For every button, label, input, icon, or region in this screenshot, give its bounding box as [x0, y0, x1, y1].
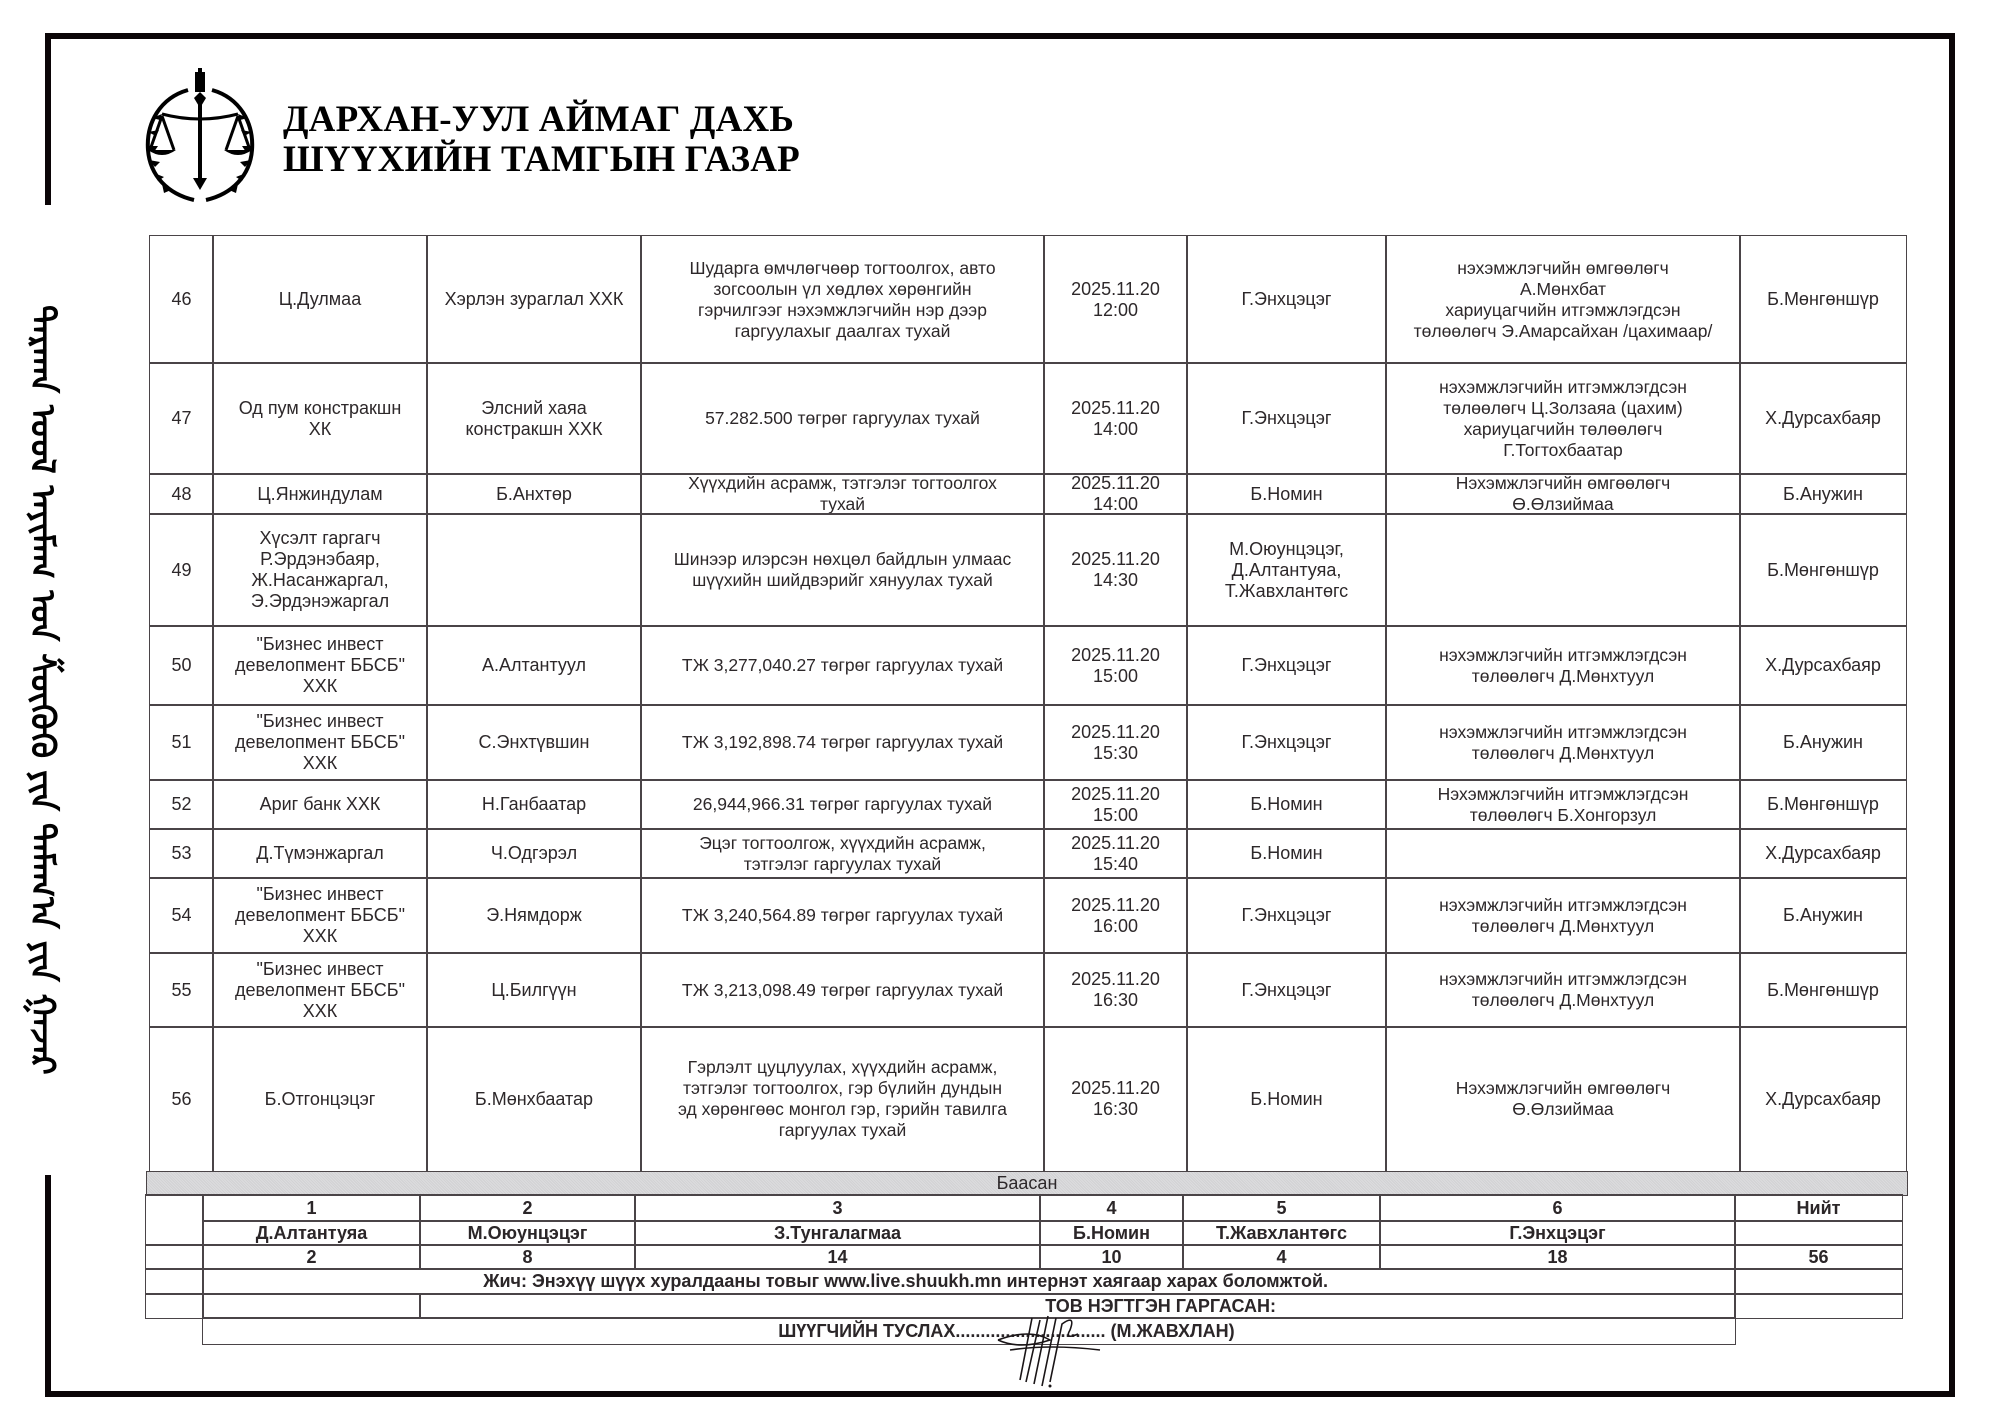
subject-cell: Хүүхдийн асрамж, тэтгэлэг тогтоолгох тух… — [640, 473, 1045, 515]
plaintiff-cell: Од пум констракшн ХК — [212, 362, 428, 475]
case-number-cell: 51 — [149, 704, 214, 781]
case-number-cell: 49 — [149, 513, 214, 627]
datetime-cell: 2025.11.20 16:30 — [1043, 1026, 1188, 1172]
secretary-cell: Х.Дурсахбаяр — [1739, 828, 1907, 879]
defendant-cell: Э.Нямдорж — [426, 877, 642, 954]
defendant-cell: Н.Ганбаатар — [426, 779, 642, 830]
defendant-cell: Ч.Одгэрэл — [426, 828, 642, 879]
title-line-2: ШҮҮХИЙН ТАМГЫН ГАЗАР — [283, 140, 800, 180]
subject-cell: ТЖ 3,240,564.89 төгрөг гаргуулах тухай — [640, 877, 1045, 954]
judge-index-cell: 4 — [1039, 1194, 1184, 1222]
judge-count-cell: 18 — [1379, 1244, 1736, 1270]
judge-count-cell: 14 — [634, 1244, 1041, 1270]
participants-cell: Нэхэмжлэгчийн өмгөөлөгч Ө.Өлзиймаа — [1385, 473, 1741, 515]
judge-index-cell: 2 — [419, 1194, 636, 1222]
case-number-cell: 47 — [149, 362, 214, 475]
judge-cell: Б.Номин — [1186, 779, 1387, 830]
judge-cell: Г.Энхцэцэг — [1186, 704, 1387, 781]
subject-cell: ТЖ 3,213,098.49 төгрөг гаргуулах тухай — [640, 952, 1045, 1028]
datetime-cell: 2025.11.20 14:30 — [1043, 513, 1188, 627]
plaintiff-cell: Ц.Янжиндулам — [212, 473, 428, 515]
secretary-cell: Б.Мөнгөншүр — [1739, 235, 1907, 364]
judge-cell: Г.Энхцэцэг — [1186, 362, 1387, 475]
secretary-cell: Б.Мөнгөншүр — [1739, 779, 1907, 830]
secretary-cell: Б.Анужин — [1739, 704, 1907, 781]
note-right-cell — [1734, 1268, 1903, 1295]
defendant-cell: Б.Мөнхбаатар — [426, 1026, 642, 1172]
page-title: ДАРХАН-УУЛ АЙМАГ ДАХЬ ШҮҮХИЙН ТАМГЫН ГАЗ… — [283, 100, 800, 180]
plaintiff-cell: Ариг банк ХХК — [212, 779, 428, 830]
defendant-cell: Ц.Билгүүн — [426, 952, 642, 1028]
judge-count-cell: 10 — [1039, 1244, 1184, 1270]
subject-cell: Эцэг тогтоолгож, хүүхдийн асрамж, тэтгэл… — [640, 828, 1045, 879]
subject-cell: 26,944,966.31 төгрөг гаргуулах тухай — [640, 779, 1045, 830]
judge-cell: Г.Энхцэцэг — [1186, 952, 1387, 1028]
subject-cell: Гэрлэлт цуцлуулах, хүүхдийн асрамж, тэтг… — [640, 1026, 1045, 1172]
defendant-cell: Элсний хаяа констракшн ХХК — [426, 362, 642, 475]
datetime-cell: 2025.11.20 14:00 — [1043, 473, 1188, 515]
secretary-cell: Б.Мөнгөншүр — [1739, 952, 1907, 1028]
total-count-cell: 56 — [1734, 1244, 1903, 1270]
day-label: Баасан — [997, 1173, 1058, 1194]
summary-left-cell — [145, 1293, 204, 1319]
judge-name-cell: Г.Энхцэцэг — [1379, 1220, 1736, 1246]
datetime-cell: 2025.11.20 14:00 — [1043, 362, 1188, 475]
participants-cell: Нэхэмжлэгчийн итгэмжлэгдсэн төлөөлөгч Б.… — [1385, 779, 1741, 830]
judge-name-cell: М.Оюунцэцэг — [419, 1220, 636, 1246]
plaintiff-cell: Д.Түмэнжаргал — [212, 828, 428, 879]
judge-index-cell: 1 — [202, 1194, 421, 1222]
judge-cell: Б.Номин — [1186, 1026, 1387, 1172]
judge-name-cell: Т.Жавхлантөгс — [1182, 1220, 1381, 1246]
judge-name-cell: Д.Алтантуяа — [202, 1220, 421, 1246]
judge-name-cell: Б.Номин — [1039, 1220, 1184, 1246]
case-number-cell: 50 — [149, 625, 214, 706]
participants-cell — [1385, 513, 1741, 627]
day-band: Баасан — [146, 1171, 1908, 1196]
judge-index-cell: 5 — [1182, 1194, 1381, 1222]
datetime-cell: 2025.11.20 16:00 — [1043, 877, 1188, 954]
participants-cell: нэхэмжлэгчийн өмгөөлөгч А.Мөнхбат хариуц… — [1385, 235, 1741, 364]
participants-cell: нэхэмжлэгчийн итгэмжлэгдсэн төлөөлөгч Д.… — [1385, 625, 1741, 706]
judge-cell: Б.Номин — [1186, 828, 1387, 879]
defendant-cell: Б.Анхтөр — [426, 473, 642, 515]
defendant-cell: А.Алтантуул — [426, 625, 642, 706]
defendant-cell: С.Энхтүвшин — [426, 704, 642, 781]
scales-of-justice-emblem-icon — [138, 68, 262, 204]
judge-cell: Г.Энхцэцэг — [1186, 877, 1387, 954]
subject-cell: Шударга өмчлөгчөөр тогтоолгох, авто зогс… — [640, 235, 1045, 364]
judge-cell: Г.Энхцэцэг — [1186, 625, 1387, 706]
compiled-blank-cell — [202, 1293, 421, 1319]
handwritten-signature-icon — [990, 1310, 1110, 1390]
summary-left-cell — [145, 1194, 204, 1246]
participants-cell: нэхэмжлэгчийн итгэмжлэгдсэн төлөөлөгч Ц.… — [1385, 362, 1741, 475]
compiled-right-cell — [1734, 1293, 1903, 1319]
plaintiff-cell: "Бизнес инвест девелопмент ББСБ" ХХК — [212, 625, 428, 706]
participants-cell: нэхэмжлэгчийн итгэмжлэгдсэн төлөөлөгч Д.… — [1385, 952, 1741, 1028]
judge-count-cell: 2 — [202, 1244, 421, 1270]
case-number-cell: 54 — [149, 877, 214, 954]
judge-index-cell: 6 — [1379, 1194, 1736, 1222]
subject-cell: 57.282.500 төгрөг гаргуулах тухай — [640, 362, 1045, 475]
defendant-cell: Хэрлэн зураглал ХХК — [426, 235, 642, 364]
plaintiff-cell: "Бизнес инвест девелопмент ББСБ" ХХК — [212, 952, 428, 1028]
subject-cell: Шинээр илэрсэн нөхцөл байдлын улмаас шүү… — [640, 513, 1045, 627]
case-number-cell: 48 — [149, 473, 214, 515]
plaintiff-cell: Хүсэлт гаргагч Р.Эрдэнэбаяр, Ж.Насанжарг… — [212, 513, 428, 627]
participants-cell: нэхэмжлэгчийн итгэмжлэгдсэн төлөөлөгч Д.… — [1385, 877, 1741, 954]
datetime-cell: 2025.11.20 15:30 — [1043, 704, 1188, 781]
plaintiff-cell: Ц.Дулмаа — [212, 235, 428, 364]
title-line-1: ДАРХАН-УУЛ АЙМАГ ДАХЬ — [283, 100, 800, 140]
secretary-cell: Х.Дурсахбаяр — [1739, 625, 1907, 706]
judge-name-cell: З.Тунгалагмаа — [634, 1220, 1041, 1246]
subject-cell: ТЖ 3,277,040.27 төгрөг гаргуулах тухай — [640, 625, 1045, 706]
judge-count-cell: 4 — [1182, 1244, 1381, 1270]
judge-cell: Б.Номин — [1186, 473, 1387, 515]
participants-cell — [1385, 828, 1741, 879]
subject-cell: ТЖ 3,192,898.74 төгрөг гаргуулах тухай — [640, 704, 1045, 781]
secretary-cell: Х.Дурсахбаяр — [1739, 362, 1907, 475]
secretary-cell: Б.Анужин — [1739, 877, 1907, 954]
mongolian-script-side-text: ᠳᠠᠷᠬᠠᠨ ᠤᠤᠯ ᠠᠶᠢᠮᠠᠭ ᠤᠨ ᠱᠦᠭᠦᠬᠦ ᠶᠢᠨ ᠲᠠᠮᠠᠭ᠎ᠠ … — [12, 210, 72, 1170]
datetime-cell: 2025.11.20 15:00 — [1043, 779, 1188, 830]
participants-cell: нэхэмжлэгчийн итгэмжлэгдсэн төлөөлөгч Д.… — [1385, 704, 1741, 781]
secretary-cell: Б.Анужин — [1739, 473, 1907, 515]
summary-left-cell — [145, 1244, 204, 1270]
judge-index-cell: 3 — [634, 1194, 1041, 1222]
defendant-cell — [426, 513, 642, 627]
plaintiff-cell: Б.Отгонцэцэг — [212, 1026, 428, 1172]
judge-cell: М.Оюунцэцэг, Д.Алтантуяа, Т.Жавхлантөгс — [1186, 513, 1387, 627]
datetime-cell: 2025.11.20 15:40 — [1043, 828, 1188, 879]
datetime-cell: 2025.11.20 15:00 — [1043, 625, 1188, 706]
datetime-cell: 2025.11.20 16:30 — [1043, 952, 1188, 1028]
summary-left-cell — [145, 1268, 204, 1295]
total-blank-cell — [1734, 1220, 1903, 1246]
case-number-cell: 52 — [149, 779, 214, 830]
judge-cell: Г.Энхцэцэг — [1186, 235, 1387, 364]
datetime-cell: 2025.11.20 12:00 — [1043, 235, 1188, 364]
secretary-cell: Х.Дурсахбаяр — [1739, 1026, 1907, 1172]
case-number-cell: 55 — [149, 952, 214, 1028]
plaintiff-cell: "Бизнес инвест девелопмент ББСБ" ХХК — [212, 877, 428, 954]
case-number-cell: 46 — [149, 235, 214, 364]
plaintiff-cell: "Бизнес инвест девелопмент ББСБ" ХХК — [212, 704, 428, 781]
participants-cell: Нэхэмжлэгчийн өмгөөлөгч Ө.Өлзиймаа — [1385, 1026, 1741, 1172]
signer-cell: ШҮҮГЧИЙН ТУСЛАХ.........................… — [202, 1317, 1736, 1345]
case-number-cell: 53 — [149, 828, 214, 879]
judge-count-cell: 8 — [419, 1244, 636, 1270]
secretary-cell: Б.Мөнгөншүр — [1739, 513, 1907, 627]
total-label-cell: Нийт — [1734, 1194, 1903, 1222]
case-number-cell: 56 — [149, 1026, 214, 1172]
note-cell: Жич: Энэхүү шүүх хуралдааны товыг www.li… — [202, 1268, 1736, 1295]
